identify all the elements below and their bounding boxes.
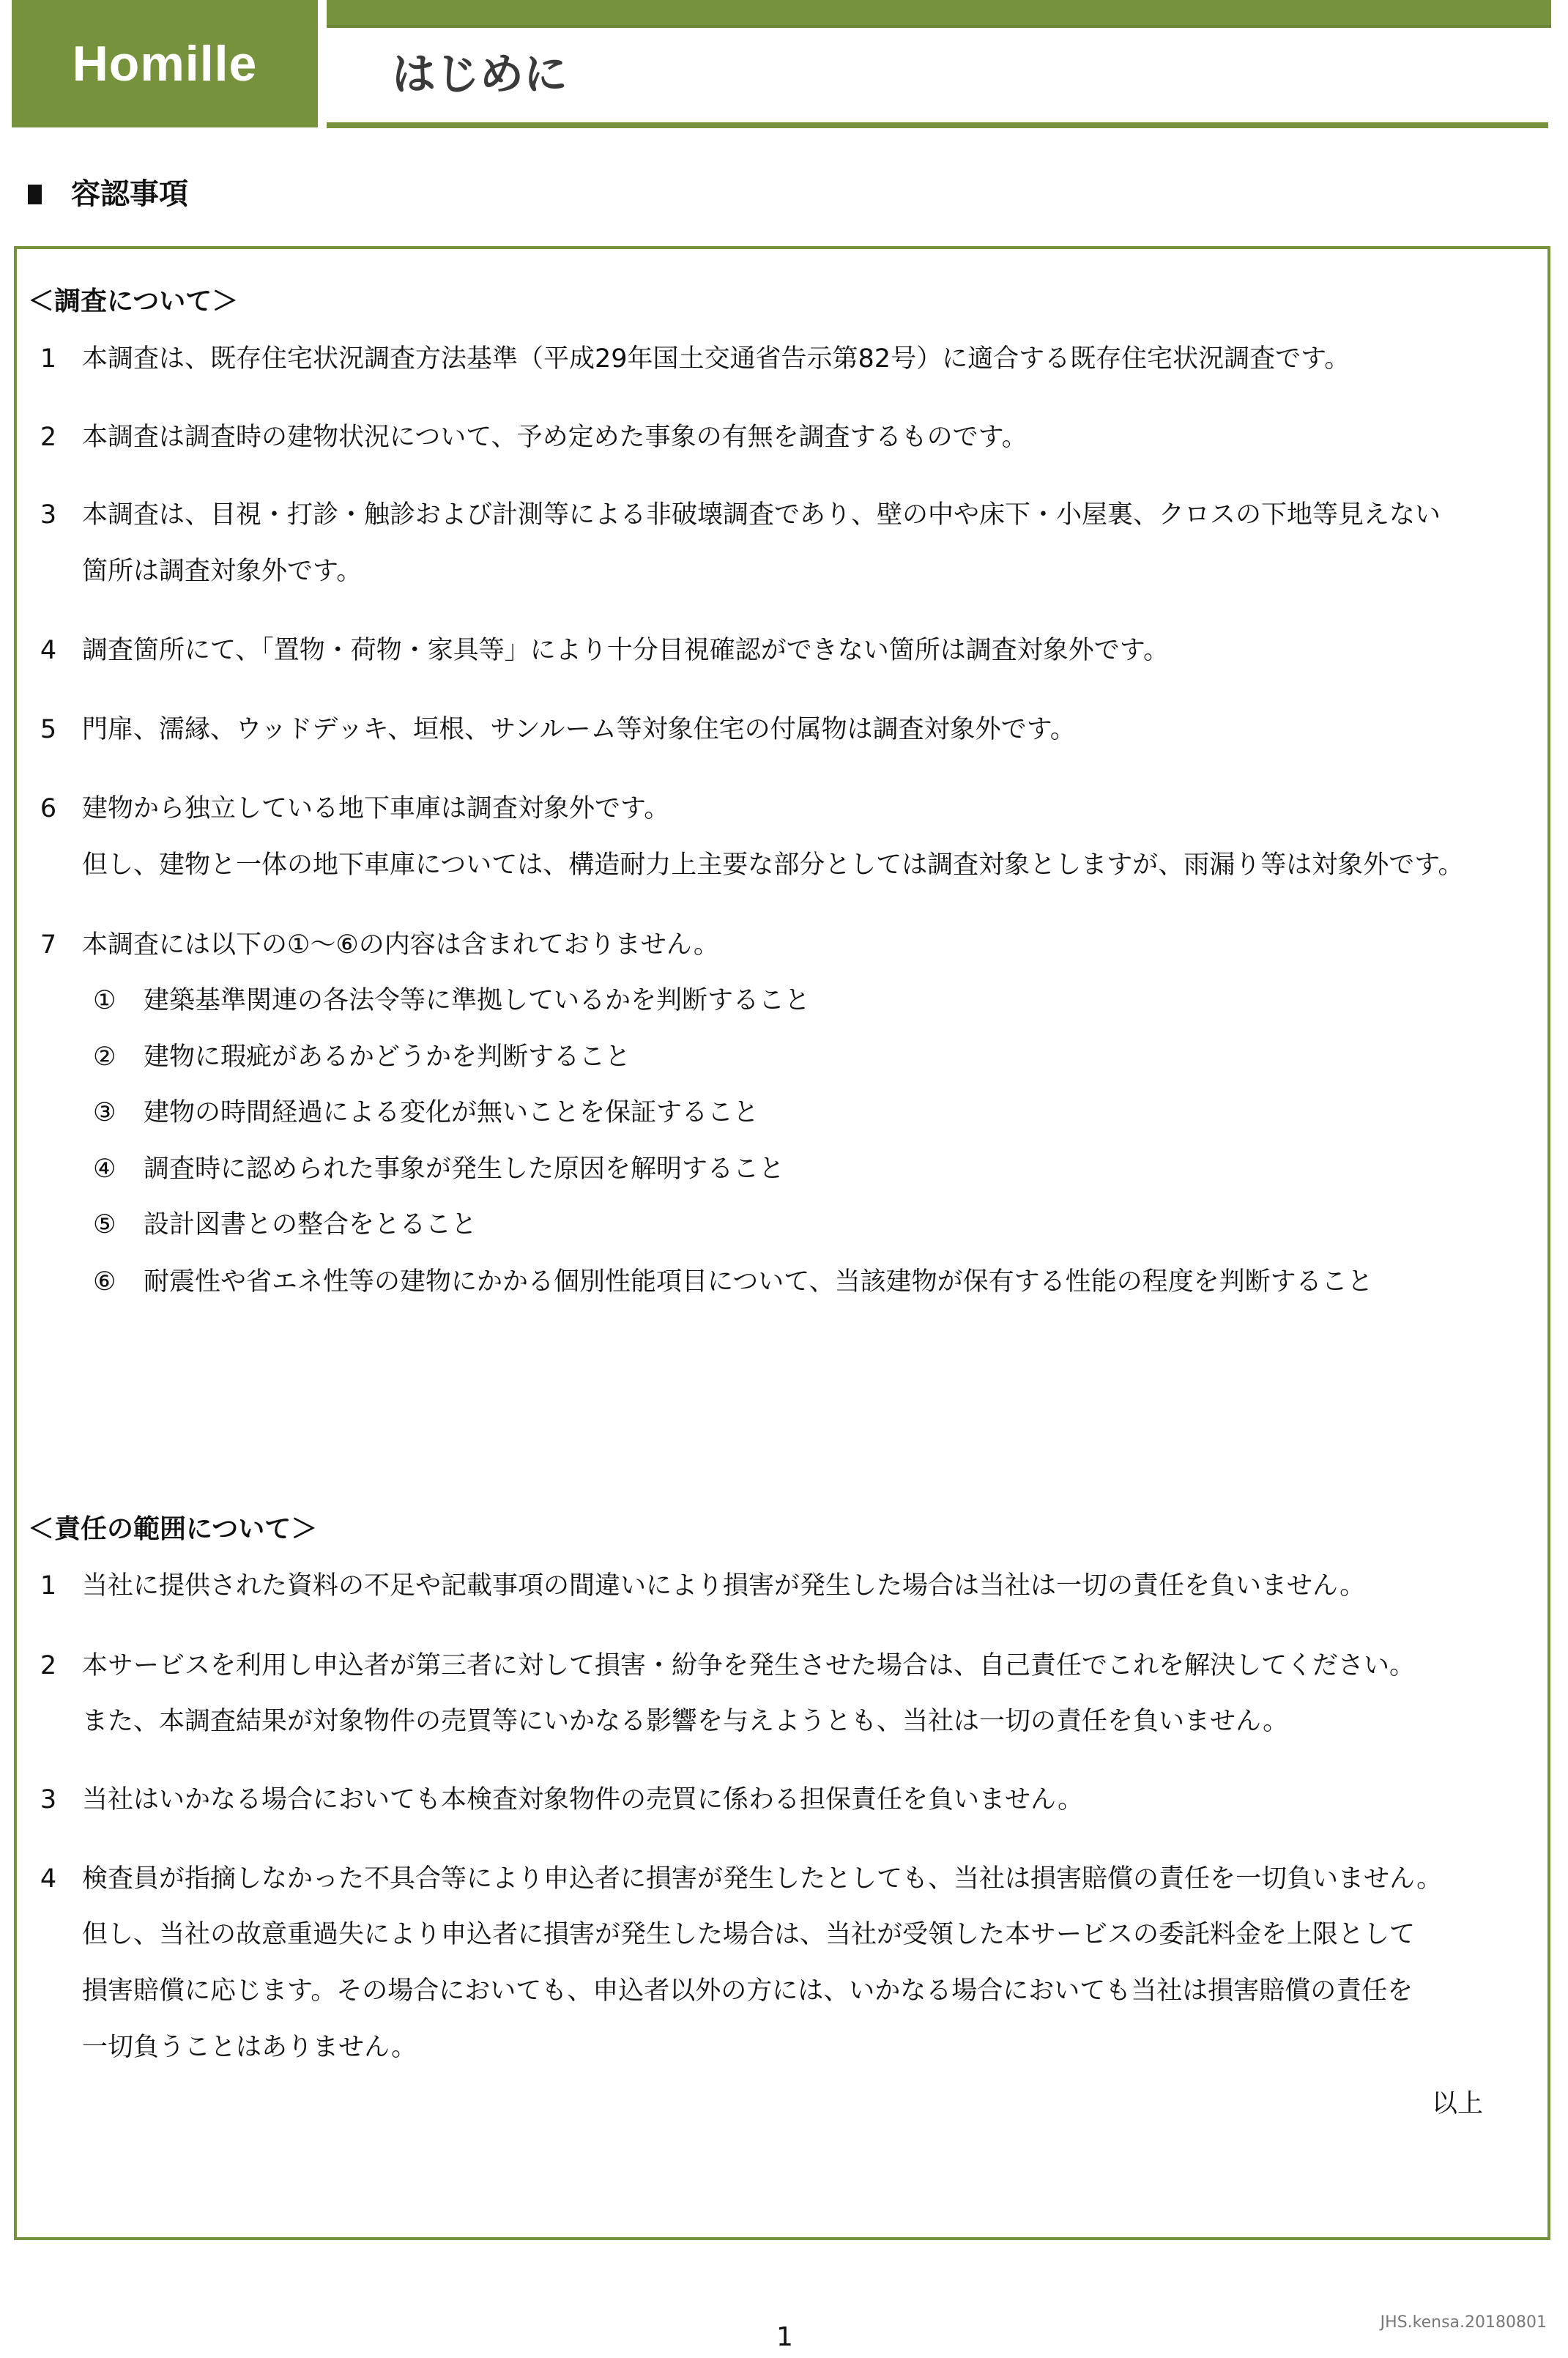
item-number: 3 xyxy=(34,1784,63,1816)
brand-box: Homille xyxy=(12,0,318,127)
item-text-continued: 一切負うことはありません。 xyxy=(82,2031,417,2064)
document-code: JHS.kensa.20180801 xyxy=(1381,2313,1547,2332)
section-heading: 容認事項 xyxy=(28,176,188,212)
header-top-bar xyxy=(327,0,1551,28)
circled-number: ⑥ xyxy=(93,1266,116,1298)
exclusion-text: 建物に瑕疵があるかどうかを判断すること xyxy=(144,1041,631,1073)
closing-mark: 以上 xyxy=(1432,2088,1483,2120)
circled-number: ② xyxy=(93,1041,116,1073)
item-number: 4 xyxy=(34,634,63,667)
circled-number: ③ xyxy=(93,1097,116,1129)
item-number: 2 xyxy=(34,421,63,453)
item-text: 本サービスを利用し申込者が第三者に対して損害・紛争を発生させた場合は、自己責任で… xyxy=(82,1650,1415,1682)
item-text: 当社に提供された資料の不足や記載事項の間違いにより損害が発生した場合は当社は一切… xyxy=(82,1570,1365,1602)
item-text: 本調査は、目視・打診・触診および計測等による非破壊調査であり、壁の中や床下・小屋… xyxy=(82,499,1441,531)
header-bottom-rule xyxy=(327,122,1548,128)
exclusion-text: 設計図書との整合をとること xyxy=(144,1209,477,1241)
exclusion-text: 調査時に認められた事象が発生した原因を解明すること xyxy=(144,1153,784,1185)
item-text-continued: 箇所は調査対象外です。 xyxy=(82,555,362,587)
item-text: 門扉、濡縁、ウッドデッキ、垣根、サンルーム等対象住宅の付属物は調査対象外です。 xyxy=(82,713,1076,746)
item-number: 7 xyxy=(34,929,63,961)
survey-heading: ＜調査について＞ xyxy=(28,286,238,318)
item-text: 調査箇所にて、「置物・荷物・家具等」により十分目視確認ができない箇所は調査対象外… xyxy=(82,634,1169,667)
item-text-continued: 但し、当社の故意重過失により申込者に損害が発生した場合は、当社が受領した本サービ… xyxy=(82,1918,1415,1951)
item-number: 6 xyxy=(34,793,63,825)
page-title: はじめに xyxy=(392,45,568,104)
item-number: 5 xyxy=(34,713,63,746)
section-title: 容認事項 xyxy=(71,176,188,212)
item-number: 2 xyxy=(34,1650,63,1682)
page-number: 1 xyxy=(776,2322,793,2352)
item-text: 当社はいかなる場合においても本検査対象物件の売買に係わる担保責任を負いません。 xyxy=(82,1784,1083,1816)
liability-heading: ＜責任の範囲について＞ xyxy=(28,1513,317,1546)
item-text-continued: 但し、建物と一体の地下車庫については、構造耐力上主要な部分としては調査対象としま… xyxy=(82,849,1464,881)
exclusion-text: 耐震性や省エネ性等の建物にかかる個別性能項目について、当該建物が保有する性能の程… xyxy=(144,1266,1373,1298)
exclusion-text: 建物の時間経過による変化が無いことを保証すること xyxy=(144,1097,759,1129)
item-number: 4 xyxy=(34,1863,63,1895)
item-text: 建物から独立している地下車庫は調査対象外です。 xyxy=(82,793,669,825)
item-text: 検査員が指摘しなかった不具合等により申込者に損害が発生したとしても、当社は損害賠… xyxy=(82,1863,1442,1895)
brand-logo-text: Homille xyxy=(73,35,258,92)
square-icon xyxy=(28,185,42,204)
item-text: 本調査は調査時の建物状況について、予め定めた事象の有無を調査するものです。 xyxy=(82,421,1028,453)
exclusion-text: 建築基準関連の各法令等に準拠しているかを判断すること xyxy=(144,985,810,1017)
circled-number: ⑤ xyxy=(93,1209,116,1241)
item-number: 1 xyxy=(34,1570,63,1602)
item-text-continued: また、本調査結果が対象物件の売買等にいかなる影響を与えようとも、当社は一切の責任… xyxy=(82,1705,1288,1738)
circled-number: ④ xyxy=(93,1153,116,1185)
item-number: 1 xyxy=(34,343,63,375)
item-text: 本調査は、既存住宅状況調査方法基準（平成29年国土交通省告示第82号）に適合する… xyxy=(82,343,1350,375)
item-number: 3 xyxy=(34,499,63,531)
item-text: 本調査には以下の①～⑥の内容は含まれておりません。 xyxy=(82,929,719,961)
item-text-continued: 損害賠償に応じます。その場合においても、申込者以外の方には、いかなる場合において… xyxy=(82,1975,1413,2007)
circled-number: ① xyxy=(93,985,116,1017)
